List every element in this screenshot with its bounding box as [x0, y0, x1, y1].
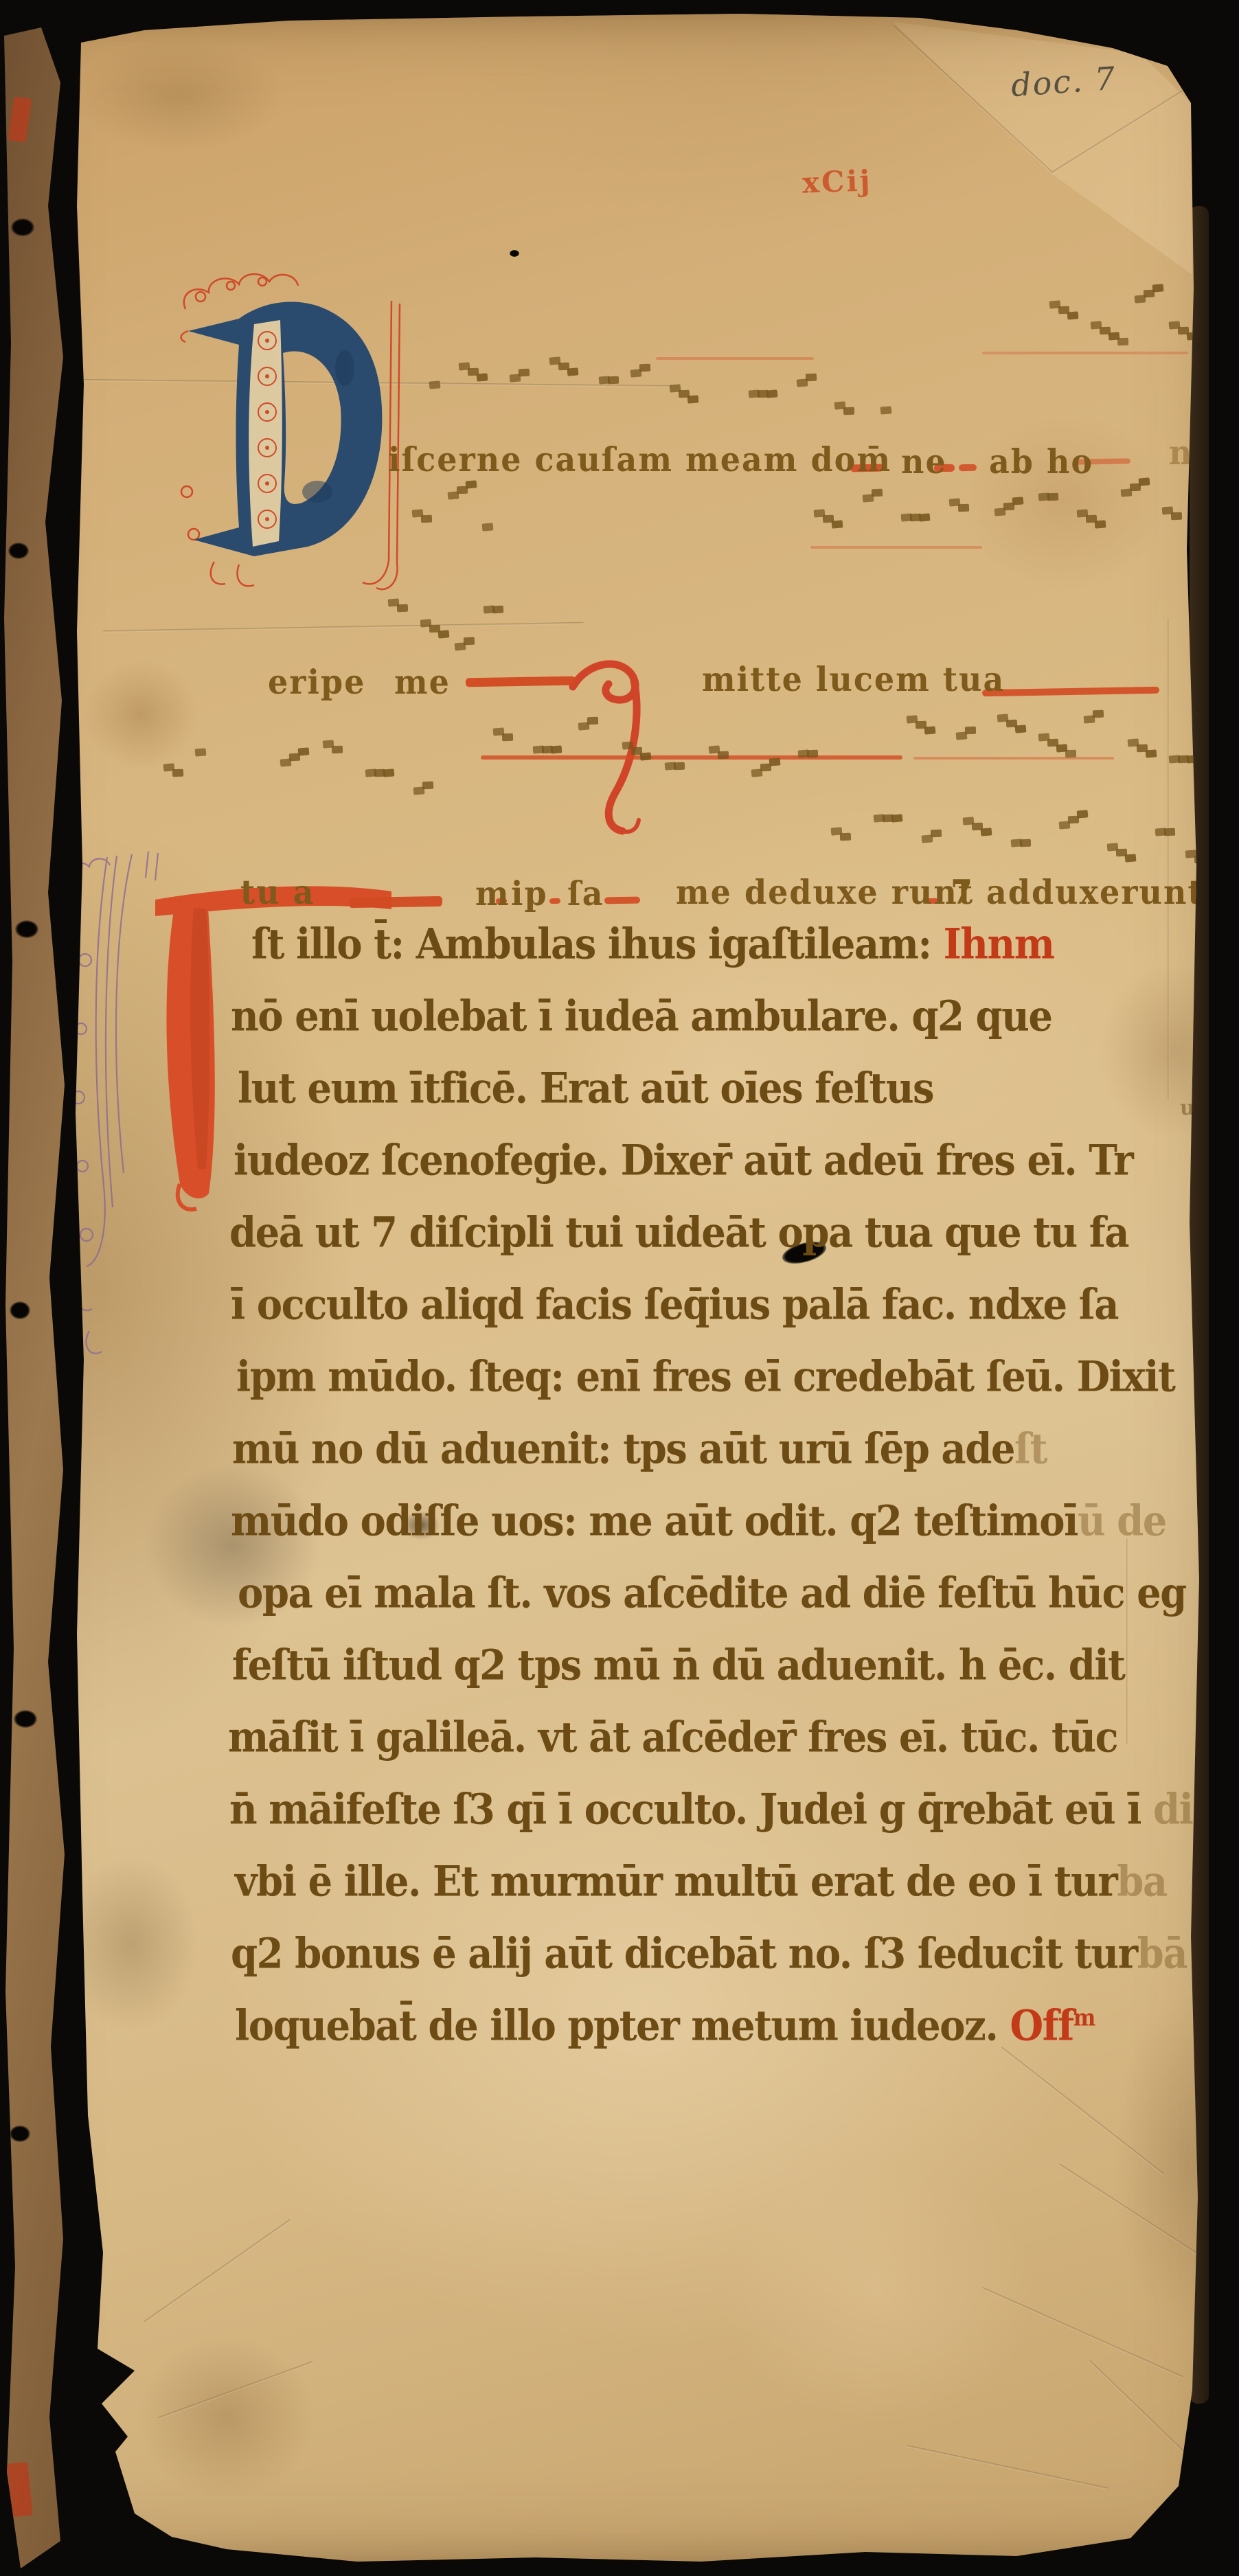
- neume-note: [1152, 284, 1164, 292]
- neume-note: [1015, 725, 1027, 733]
- text-line: q2 bonus ē alij aūt dicebāt no. ſ3 ſeduc…: [231, 1929, 1187, 1978]
- neume-note: [640, 752, 652, 760]
- neume-note: [466, 480, 477, 488]
- text-line: feſtū iſtud q2 tps mū n̄ dū aduenit. h ē…: [232, 1641, 1125, 1689]
- purple-filigree: [66, 850, 169, 1420]
- body-text: iudeoz ſcenofegie. Dixer̄ aūt adeū fres …: [234, 1136, 1133, 1185]
- red-staff-line: [913, 757, 1114, 760]
- body-text: ipm mūdo. ſteq: enī fres eī credebāt ſeū…: [236, 1352, 1174, 1401]
- neume-note: [477, 373, 488, 381]
- text-line: lut eum ītficē. Erat aūt oīes feſtus: [238, 1064, 933, 1113]
- neume-note: [687, 395, 699, 403]
- body-text: ſt: [1014, 1424, 1047, 1473]
- body-text: bā: [1137, 1929, 1187, 1978]
- lyric-chunk: m: [475, 874, 510, 913]
- folio-number: xCij: [802, 163, 872, 200]
- lyric-chunk: ne: [901, 442, 947, 481]
- initial-d-body: [188, 302, 382, 556]
- body-text: loquebat̄ de illo ppter metum iudeoz.: [235, 2001, 1010, 2050]
- body-text: ba: [1117, 1857, 1166, 1906]
- neume-note: [1171, 512, 1182, 521]
- neume-note: [891, 814, 903, 822]
- lyric-chunk: mitte lucem tua: [702, 659, 1005, 698]
- text-line: iudeoz ſcenofegie. Dixer̄ aūt adeū fres …: [234, 1136, 1133, 1185]
- parchment-hole: [510, 250, 519, 257]
- neume-note: [1095, 520, 1106, 528]
- neume-note: [806, 374, 817, 382]
- neume-note: [1117, 338, 1128, 346]
- sewing-hole: [10, 2125, 30, 2142]
- text-line: māſit ī galileā. vt āt aſcēder̄ fres eī.…: [228, 1713, 1117, 1762]
- stain: [137, 2335, 316, 2500]
- red-paint-mark: [8, 97, 32, 143]
- sewing-hole: [8, 543, 29, 559]
- red-paint-mark: [7, 2462, 33, 2518]
- lyric-chunk: me: [394, 662, 451, 701]
- neume-note: [195, 748, 207, 756]
- neume-note: [872, 489, 883, 497]
- neume-note: [919, 513, 931, 521]
- neume-note: [1125, 854, 1137, 862]
- neume-note: [1164, 828, 1175, 836]
- body-text: mūdo odiſſe uos: me aūt odit. q2 teſtimo…: [231, 1496, 1078, 1545]
- neume-note: [840, 833, 851, 841]
- neume-note: [981, 828, 992, 836]
- neume-note: [958, 504, 969, 512]
- neume-note: [965, 727, 976, 735]
- neume-note: [1065, 750, 1076, 758]
- sewing-hole: [10, 1301, 30, 1319]
- neume-note: [931, 830, 942, 838]
- lyric-chunk: me deduxe runt: [676, 872, 974, 911]
- red-filler-dash: [466, 676, 576, 687]
- initial-d-band: [249, 320, 282, 547]
- wrinkle: [1089, 2360, 1209, 2476]
- neume-note: [438, 630, 450, 638]
- stain: [62, 1854, 199, 2033]
- neume-note: [422, 782, 433, 790]
- text-line: ī occulto aliqd facis ſeq̄ius palā fac. …: [231, 1280, 1118, 1329]
- text-line: loquebat̄ de illo ppter metum iudeoz. Of…: [235, 2001, 1095, 2050]
- neume-note: [769, 757, 781, 766]
- binding-strip: [0, 0, 71, 2576]
- neume-note: [502, 733, 513, 742]
- neume-note: [674, 762, 685, 771]
- neume-note: [880, 406, 892, 414]
- neume-note: [587, 717, 598, 725]
- body-text: ſt illo t̄: Ambulas ihus igaſtileam:: [251, 920, 944, 968]
- neume-note: [1012, 497, 1024, 505]
- neume-note: [843, 407, 854, 415]
- body-text: māſit ī galileā. vt āt aſcēder̄ fres eī.…: [228, 1713, 1117, 1762]
- wrinkle: [907, 2445, 1109, 2489]
- neume-note: [766, 389, 778, 398]
- lyric-chunk: 7 adduxerunt: [951, 872, 1204, 911]
- neume-note: [383, 768, 395, 777]
- neume-note: [429, 380, 441, 389]
- text-line: deā ut 7 diſcipli tui uideāt opa tua que…: [229, 1208, 1128, 1257]
- rubric-text: m: [1073, 2005, 1095, 2031]
- archival-label: doc. 7: [1010, 60, 1117, 104]
- red-filler-dash: [349, 896, 442, 908]
- neume-note: [332, 746, 343, 754]
- text-line: ſt illo t̄: Ambulas ihus igaſtileam: Ihn…: [251, 920, 1054, 968]
- sewing-hole: [11, 218, 34, 236]
- body-text: ī occulto aliqd facis ſeq̄ius palā fac. …: [231, 1280, 1118, 1329]
- crease: [103, 622, 584, 632]
- neume-note: [1047, 493, 1058, 501]
- neume-note: [298, 747, 310, 755]
- neume-note: [608, 376, 619, 385]
- body-text: opa eī mala ſt. vos aſcēdite ad diē feſt…: [238, 1569, 1186, 1617]
- red-filler-dash: [549, 898, 560, 904]
- initial-d: [173, 265, 407, 595]
- neume-note: [421, 515, 432, 523]
- red-staff-line: [810, 546, 982, 549]
- lyric-chunk: iſcerne cauſam meam dom̄: [388, 440, 891, 479]
- neume-note: [482, 523, 494, 531]
- neume-note: [807, 750, 818, 758]
- stain: [82, 659, 199, 769]
- stain: [721, 2163, 1037, 2424]
- neume-note: [639, 364, 650, 372]
- neume-note: [718, 751, 729, 760]
- lyric-chunk: ip: [511, 874, 548, 913]
- stain: [76, 41, 282, 151]
- text-line: mūdo odiſſe uos: me aūt odit. q2 teſtimo…: [231, 1496, 1166, 1545]
- lyric-chunk: tu a: [240, 872, 315, 911]
- fold-crease: [1052, 90, 1183, 174]
- sewing-hole: [15, 920, 38, 938]
- stain: [962, 412, 1168, 591]
- body-text: nō enī uolebat ī iudeā ambulare. q2 que: [231, 992, 1052, 1040]
- neume-note: [567, 367, 579, 376]
- body-text: lut eum ītficē. Erat aūt oīes feſtus: [238, 1064, 933, 1113]
- red-filler-dash: [959, 464, 977, 471]
- manuscript-leaf: doc. 7 xCij: [0, 0, 1239, 2576]
- lyric-chunk: ſa: [567, 874, 604, 913]
- lyric-chunk: ab ho: [989, 442, 1093, 481]
- text-line: opa eī mala ſt. vos aſcēdite ad diē feſt…: [238, 1569, 1186, 1617]
- neume-note: [1067, 311, 1079, 319]
- rubric-text: Off: [1010, 2001, 1073, 2050]
- text-line: n̄ māifeſte ſ3 qī ī occulto. Judei g q̄r…: [229, 1785, 1216, 1834]
- rubric-text: Ihnm: [944, 920, 1054, 968]
- body-text: ū de: [1078, 1496, 1166, 1545]
- text-line: vbi ē ille. Et murmūr multū erat de eo ī…: [235, 1857, 1167, 1906]
- red-staff-line: [481, 755, 902, 760]
- neume-note: [1146, 749, 1157, 757]
- neume-note: [464, 637, 475, 646]
- neume-note: [172, 769, 183, 777]
- body-text: vbi ē ille. Et murmūr multū erat de eo ī…: [235, 1857, 1117, 1906]
- neume-note: [397, 604, 408, 613]
- red-filler-dash: [604, 897, 640, 904]
- neume-note: [519, 369, 530, 377]
- neume-note: [1077, 810, 1089, 818]
- body-text: deā ut 7 diſcipli tui uideāt opa tua que…: [229, 1208, 1128, 1257]
- red-staff-line: [656, 357, 814, 360]
- body-text: mū no dū aduenit: tps aūt urū ſēp ade: [232, 1424, 1014, 1473]
- stain: [1113, 1992, 1239, 2335]
- neume-note: [924, 726, 936, 734]
- neume-note: [1093, 710, 1104, 718]
- neume-note: [551, 745, 562, 753]
- neume-note: [1139, 477, 1150, 486]
- red-filler-dash: [982, 687, 1159, 697]
- red-staff-line: [982, 352, 1188, 354]
- neume-note: [1020, 839, 1031, 847]
- wrinkle: [1168, 618, 1170, 1099]
- manuscript-photo: doc. 7 xCij: [0, 0, 1239, 2576]
- body-text: n̄ māifeſte ſ3 qī ī occulto. Judei g q̄r…: [229, 1785, 1141, 1834]
- text-line: nō enī uolebat ī iudeā ambulare. q2 que: [231, 992, 1052, 1040]
- wrinkle: [144, 2219, 291, 2323]
- sewing-hole: [14, 1710, 37, 1728]
- neume-note: [832, 520, 843, 528]
- text-line: ipm mūdo. ſteq: enī fres eī credebāt ſeū…: [236, 1352, 1174, 1401]
- body-text: feſtū iſtud q2 tps mū n̄ dū aduenit. h ē…: [232, 1641, 1125, 1689]
- neume-note: [492, 606, 503, 614]
- body-text: q2 bonus ē alij aūt dicebāt no. ſ3 ſeduc…: [231, 1929, 1137, 1978]
- lyric-chunk: eripe: [268, 662, 365, 701]
- text-line: mū no dū aduenit: tps aūt urū ſēp adeſt: [232, 1424, 1047, 1473]
